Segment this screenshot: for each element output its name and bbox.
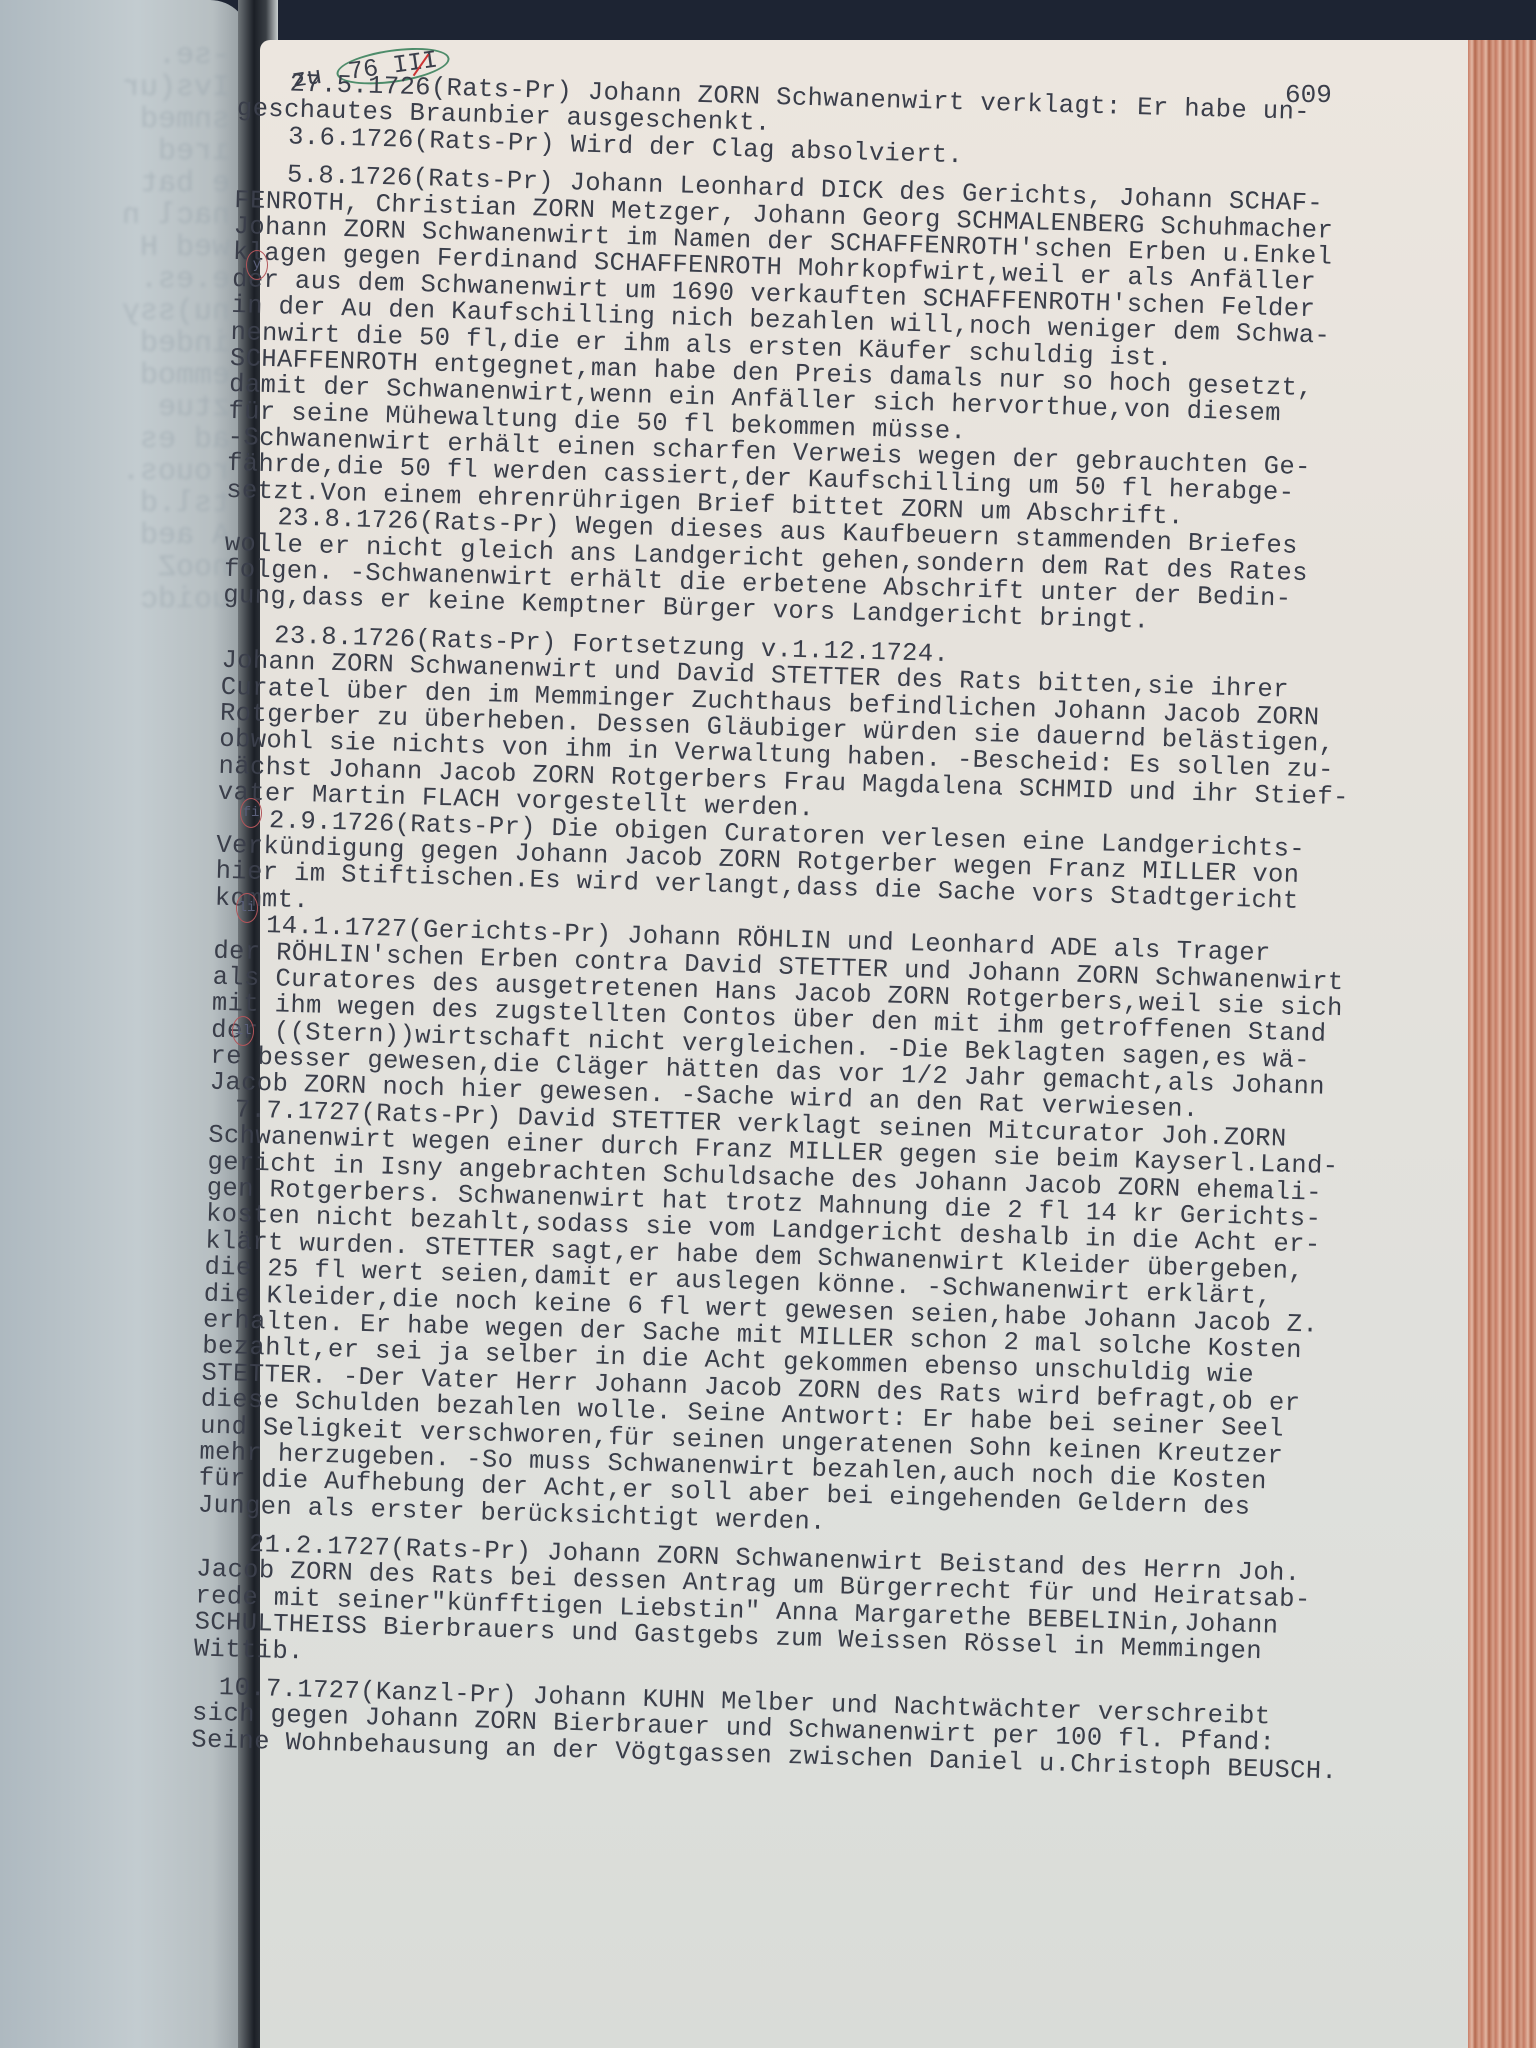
facing-page-bleed-text: -se. Ivs(ur snmed ıred e bat nacl n wed … [0,40,230,616]
margin-annotation-mark: ıl [232,1016,254,1046]
margin-annotation-mark: fi [240,798,262,828]
typewritten-body: 27.5.1726(Rats-Pr) Johann ZORN Schwanenw… [191,70,1488,1788]
margin-annotation-mark: li [236,893,258,923]
margin-annotation-mark: y [246,250,268,280]
